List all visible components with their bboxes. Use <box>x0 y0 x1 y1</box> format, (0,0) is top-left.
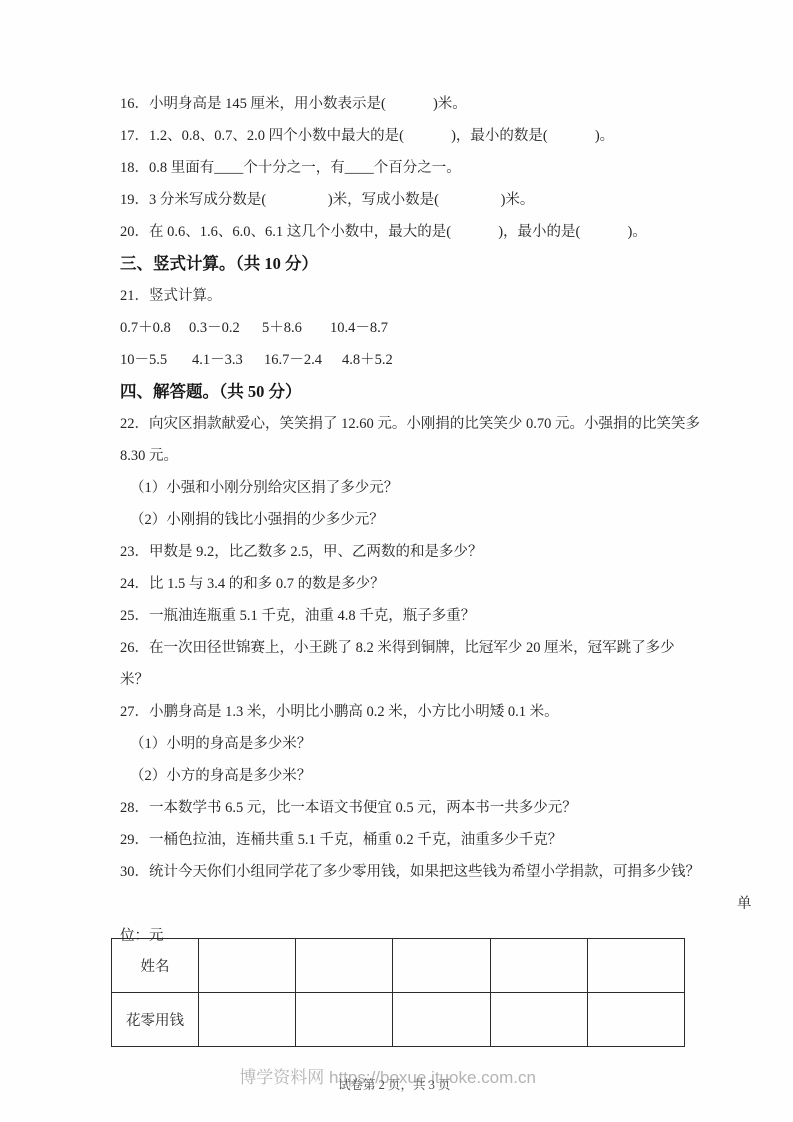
question-20-text: 在 0.6、1.6、6.0、6.1 这几个小数中，最大的是( )，最小的是( )… <box>149 224 647 240</box>
question-20: 20．在 0.6、1.6、6.0、6.1 这几个小数中，最大的是( )，最小的是… <box>120 216 705 248</box>
calc-row-1: 0.7＋0.80.3－0.25＋8.610.4－8.7 <box>120 312 705 344</box>
question-24-number: 24． <box>120 576 149 592</box>
question-16-number: 16． <box>120 96 149 112</box>
exam-page: 16．小明身高是 145 厘米，用小数表示是( )米。 17．1.2、0.8、0… <box>0 0 793 1122</box>
question-30-text: 统计今天你们小组同学花了多少零用钱，如果把这些钱为希望小学捐款，可捐多少钱？ <box>149 864 700 880</box>
name-cell-4 <box>490 939 587 993</box>
question-22-sub-2: （2）小刚捐的钱比小强捐的少多少元？ <box>120 504 705 536</box>
question-20-number: 20． <box>120 224 149 240</box>
question-16: 16．小明身高是 145 厘米，用小数表示是( )米。 <box>120 88 705 120</box>
content-area: 16．小明身高是 145 厘米，用小数表示是( )米。 17．1.2、0.8、0… <box>120 88 705 1047</box>
question-30: 30．统计今天你们小组同学花了多少零用钱，如果把这些钱为希望小学捐款，可捐多少钱… <box>120 856 705 888</box>
money-cell-5 <box>587 993 684 1047</box>
question-21-number: 21． <box>120 288 149 304</box>
stats-table: 姓名 花零用钱 <box>111 938 685 1047</box>
calc-expression: 10－5.5 <box>120 344 192 376</box>
question-27-text: 小鹏身高是 1.3 米，小明比小鹏高 0.2 米，小方比小明矮 0.1 米。 <box>149 704 559 720</box>
calc-expression: 5＋8.6 <box>262 312 330 344</box>
name-cell-1 <box>199 939 296 993</box>
question-18-text: 0.8 里面有____个十分之一，有____个百分之一。 <box>149 160 461 176</box>
section-4-header: 四、解答题。（共 50 分） <box>120 376 705 408</box>
question-19-number: 19． <box>120 192 149 208</box>
question-29: 29．一桶色拉油，连桶共重 5.1 千克，桶重 0.2 千克，油重多少千克？ <box>120 824 705 856</box>
question-17-text: 1.2、0.8、0.7、2.0 四个小数中最大的是( )，最小的数是( )。 <box>149 128 614 144</box>
question-25-number: 25． <box>120 608 149 624</box>
question-22: 22．向灾区捐款献爱心，笑笑捐了 12.60 元。小刚捐的比笑笑少 0.70 元… <box>120 408 705 472</box>
calc-expression: 4.1－3.3 <box>192 344 264 376</box>
question-21-text: 竖式计算。 <box>149 288 222 304</box>
question-19-text: 3 分米写成分数是( )米，写成小数是( )米。 <box>149 192 534 208</box>
question-22-number: 22． <box>120 416 149 432</box>
question-18-number: 18． <box>120 160 149 176</box>
name-cell-5 <box>587 939 684 993</box>
question-22-sub-1: （1）小强和小刚分别给灾区捐了多少元？ <box>120 472 705 504</box>
question-29-number: 29． <box>120 832 149 848</box>
question-16-text: 小明身高是 145 厘米，用小数表示是( )米。 <box>149 96 467 112</box>
question-30-number: 30． <box>120 864 149 880</box>
question-27-sub-1: （1）小明的身高是多少米？ <box>120 728 705 760</box>
question-26-text: 在一次田径世锦赛上，小王跳了 8.2 米得到铜牌，比冠军少 20 厘米，冠军跳了… <box>120 640 675 688</box>
question-18: 18．0.8 里面有____个十分之一，有____个百分之一。 <box>120 152 705 184</box>
footer-page-number: 试卷第 2 页，共 3 页 <box>338 1075 451 1093</box>
question-25: 25．一瓶油连瓶重 5.1 千克，油重 4.8 千克，瓶子多重？ <box>120 600 705 632</box>
unit-label-wrap-start: 单 <box>120 888 705 920</box>
question-17: 17．1.2、0.8、0.7、2.0 四个小数中最大的是( )，最小的数是( )… <box>120 120 705 152</box>
calc-expression: 16.7－2.4 <box>264 344 342 376</box>
question-28: 28．一本数学书 6.5 元，比一本语文书便宜 0.5 元，两本书一共多少元？ <box>120 792 705 824</box>
question-21: 21．竖式计算。 <box>120 280 705 312</box>
calc-expression: 4.8＋5.2 <box>342 344 393 376</box>
question-23-text: 甲数是 9.2，比乙数多 2.5，甲、乙两数的和是多少？ <box>149 544 483 560</box>
section-3-header: 三、竖式计算。（共 10 分） <box>120 248 705 280</box>
calc-expression: 10.4－8.7 <box>330 312 388 344</box>
money-cell-4 <box>490 993 587 1047</box>
money-cell-3 <box>393 993 490 1047</box>
calc-expression: 0.3－0.2 <box>189 312 262 344</box>
row-header-money: 花零用钱 <box>112 993 199 1047</box>
money-cell-2 <box>296 993 393 1047</box>
question-27-number: 27． <box>120 704 149 720</box>
question-28-number: 28． <box>120 800 149 816</box>
question-27-sub-2: （2）小方的身高是多少米？ <box>120 760 705 792</box>
question-22-text: 向灾区捐款献爱心，笑笑捐了 12.60 元。小刚捐的比笑笑少 0.70 元。小强… <box>120 416 700 464</box>
question-23: 23．甲数是 9.2，比乙数多 2.5，甲、乙两数的和是多少？ <box>120 536 705 568</box>
question-28-text: 一本数学书 6.5 元，比一本语文书便宜 0.5 元，两本书一共多少元？ <box>149 800 577 816</box>
unit-label-first-char: 单 <box>737 888 752 920</box>
question-24: 24．比 1.5 与 3.4 的和多 0.7 的数是多少？ <box>120 568 705 600</box>
question-26-number: 26． <box>120 640 149 656</box>
table-row-names: 姓名 <box>112 939 685 993</box>
calc-expression: 0.7＋0.8 <box>120 312 189 344</box>
name-cell-2 <box>296 939 393 993</box>
question-19: 19．3 分米写成分数是( )米，写成小数是( )米。 <box>120 184 705 216</box>
question-25-text: 一瓶油连瓶重 5.1 千克，油重 4.8 千克，瓶子多重？ <box>149 608 475 624</box>
question-17-number: 17． <box>120 128 149 144</box>
calc-row-2: 10－5.54.1－3.316.7－2.44.8＋5.2 <box>120 344 705 376</box>
money-cell-1 <box>199 993 296 1047</box>
question-29-text: 一桶色拉油，连桶共重 5.1 千克，桶重 0.2 千克，油重多少千克？ <box>149 832 562 848</box>
question-26: 26．在一次田径世锦赛上，小王跳了 8.2 米得到铜牌，比冠军少 20 厘米，冠… <box>120 632 705 696</box>
question-23-number: 23． <box>120 544 149 560</box>
question-24-text: 比 1.5 与 3.4 的和多 0.7 的数是多少？ <box>149 576 385 592</box>
question-27: 27．小鹏身高是 1.3 米，小明比小鹏高 0.2 米，小方比小明矮 0.1 米… <box>120 696 705 728</box>
table-row-money: 花零用钱 <box>112 993 685 1047</box>
name-cell-3 <box>393 939 490 993</box>
